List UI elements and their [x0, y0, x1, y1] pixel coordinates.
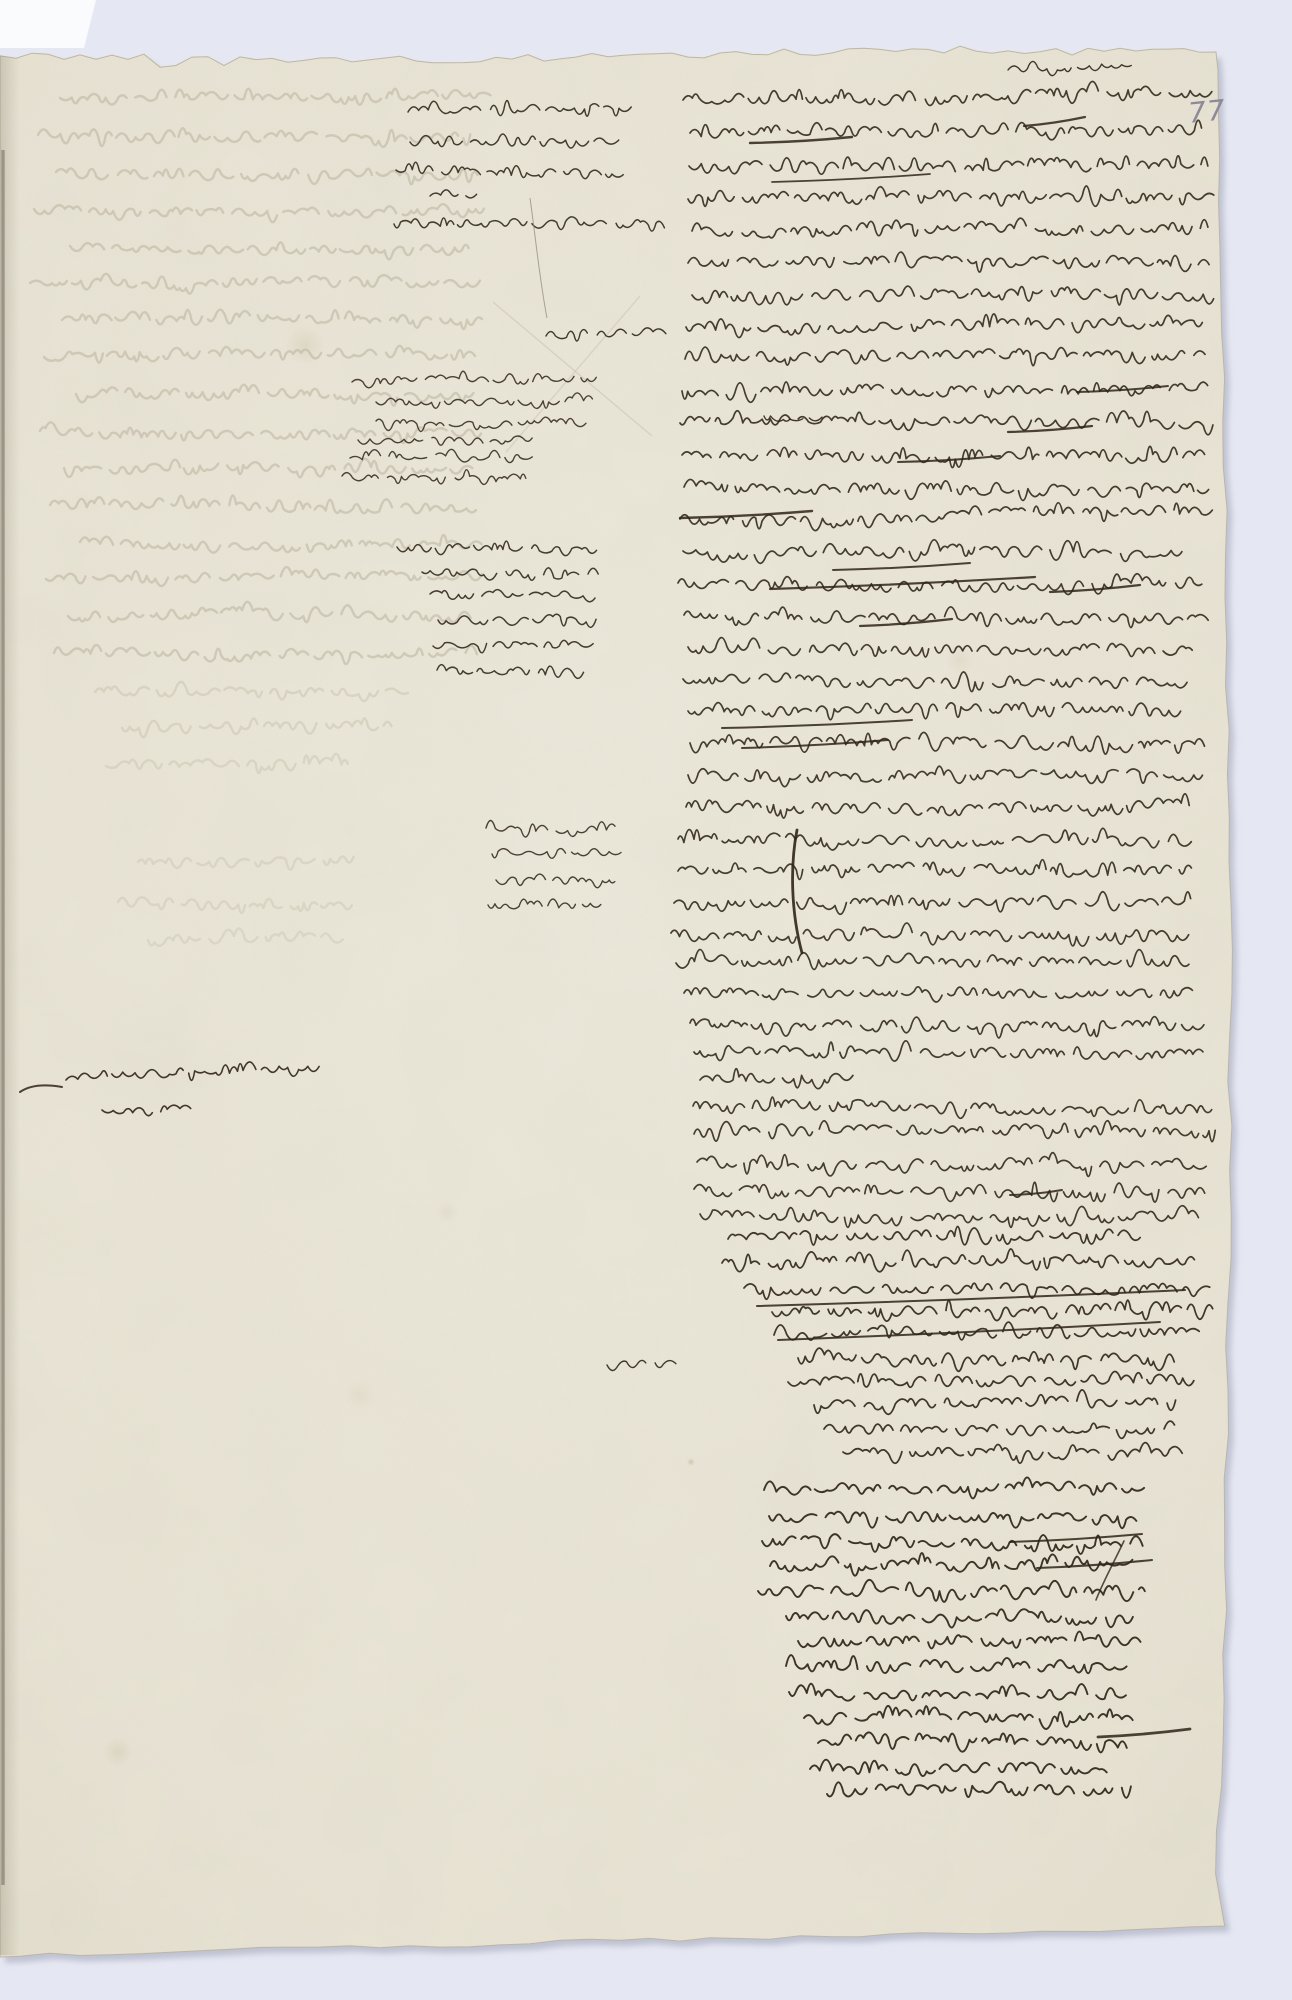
adjacent-sheet-corner: [0, 0, 96, 48]
folio-number: 77: [1187, 93, 1228, 130]
paper-stain: [285, 325, 325, 365]
paper-stain: [687, 1458, 695, 1466]
manuscript-scan-stage: 77: [0, 0, 1292, 2000]
paper-grain-texture: [0, 0, 1292, 2000]
paper-stain: [103, 1737, 133, 1767]
manuscript-scan-svg: 77: [0, 0, 1292, 2000]
paper-stain: [344, 1379, 376, 1411]
paper-stain: [436, 1201, 458, 1223]
paper-surface-effects: [0, 0, 1292, 2000]
